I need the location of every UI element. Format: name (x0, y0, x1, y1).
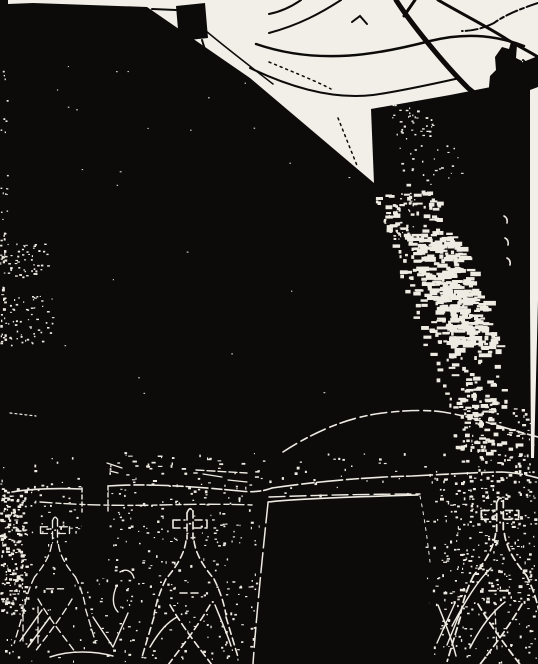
right-ornament-field (468, 655, 471, 656)
lit-window-bright (497, 345, 505, 347)
lit-window-band (459, 406, 463, 408)
right-ornament-field (493, 637, 495, 639)
fence-speckle-field (351, 466, 353, 468)
left-edge-top-flecks (7, 194, 8, 195)
fence-speckle-field (161, 529, 163, 530)
fence-mid-texture (217, 541, 218, 543)
tower-upper-flecks (426, 180, 429, 182)
left-edge-flecks (4, 233, 6, 235)
tower-upper-flecks (441, 167, 444, 169)
fence-speckle-field (230, 612, 232, 615)
right-ornament-field (495, 544, 497, 546)
lit-window-band (491, 384, 497, 387)
lit-window-band (437, 362, 441, 366)
lit-window-bright (476, 308, 480, 312)
fence-lattice-speckle (187, 582, 188, 583)
tower-base-flecks (523, 415, 524, 418)
tower-top-flecks (420, 131, 423, 132)
lit-window-band (425, 216, 427, 218)
tower-base-flecks (497, 462, 501, 464)
fence-speckle-field (523, 525, 526, 527)
right-ornament-field (530, 643, 533, 644)
lit-window-bright (460, 337, 469, 340)
fence-speckle-field (232, 541, 233, 543)
fence-left-dense (4, 490, 6, 493)
left-windows-lower (27, 309, 29, 311)
fence-speckle-field (328, 454, 330, 456)
fence-mid-texture (115, 544, 117, 546)
facade-dust (324, 392, 326, 393)
lit-window-bright (456, 270, 464, 272)
lit-window-bright (491, 332, 497, 336)
lit-window-bright (496, 349, 502, 354)
lit-window-band (404, 271, 412, 274)
tower-upper-flecks (447, 145, 449, 147)
fence-lattice-speckle (94, 632, 96, 633)
tower-base-flecks (491, 443, 495, 446)
lit-window-band (433, 208, 440, 211)
fence-speckle-field (129, 604, 130, 606)
fence-left-dense (7, 514, 10, 516)
tower-upper-flecks (439, 168, 441, 169)
right-ornament-field (509, 575, 511, 576)
right-ornament-field (506, 523, 508, 524)
fence-mid-texture (128, 513, 130, 514)
fence-speckle-field (44, 590, 46, 593)
above-wall-dashes (158, 456, 163, 458)
left-windows-upper (15, 263, 18, 264)
tower-top-flecks (432, 124, 434, 125)
fence-speckle-field (234, 473, 235, 474)
fence-left-dense (25, 573, 27, 576)
fence-left-dense (19, 541, 21, 542)
fence-speckle-field (206, 614, 208, 615)
fence-speckle-field (475, 511, 477, 513)
left-windows-lower (46, 322, 48, 324)
fence-speckle-field (199, 455, 201, 458)
above-wall-dashes (133, 461, 137, 463)
lit-window-band (465, 422, 471, 424)
lit-window-band (449, 404, 451, 408)
fence-left-dense (2, 544, 4, 546)
fence-mid-texture (134, 492, 136, 493)
fence-left-dense (25, 533, 27, 535)
tower-base-flecks (467, 410, 470, 412)
fence-mid-texture (230, 503, 232, 505)
wedge-tip-flecks (384, 220, 386, 222)
right-ornament-field (457, 533, 458, 534)
above-wall-dashes (135, 465, 138, 467)
fence-left-dense (4, 510, 5, 512)
fence-left-dense (3, 599, 4, 602)
left-windows-upper (46, 254, 48, 255)
fence-left-dense (6, 547, 8, 550)
fence-mid-texture (212, 519, 215, 520)
lit-window-band (399, 208, 401, 212)
fence-left-dense (7, 492, 10, 494)
right-ornament-field (488, 536, 490, 537)
fence-lattice-speckle (132, 639, 135, 641)
lit-window-band (403, 259, 407, 263)
fence-mid-texture (118, 512, 120, 513)
fence-speckle-field (220, 512, 221, 515)
tower-base-flecks (478, 466, 480, 467)
fence-left-dense (5, 527, 6, 528)
lit-window-band (413, 203, 418, 206)
lit-window-bright (484, 343, 488, 345)
tower-base-flecks (498, 402, 499, 404)
fence-right-dense (509, 474, 513, 477)
facade-dust (65, 345, 67, 346)
right-ornament-field (528, 625, 530, 626)
fence-left-dense (3, 564, 4, 567)
fence-right-dense (514, 514, 517, 516)
lit-window-band (450, 398, 452, 401)
fence-left-dense (25, 566, 29, 568)
fence-right-dense (456, 516, 459, 518)
fence-left-dense (18, 530, 22, 531)
lit-window-band (464, 370, 468, 373)
left-windows-upper (26, 275, 29, 276)
fence-lattice-speckle (182, 658, 184, 660)
left-edge-flecks (3, 308, 6, 311)
left-windows-lower (31, 342, 32, 344)
lit-window-band (477, 387, 483, 390)
fence-right-dense (461, 572, 464, 573)
fence-speckle-field (220, 525, 223, 526)
fence-right-dense (469, 476, 472, 479)
fence-left-dense (10, 585, 11, 586)
lit-window-band (393, 244, 401, 247)
tower-base-flecks (522, 409, 525, 412)
fence-mid-texture (44, 506, 46, 507)
wedge-tip-flecks (409, 210, 410, 212)
fence-lattice-speckle (172, 562, 175, 564)
left-windows-lower (33, 333, 35, 335)
lit-window-band (494, 433, 499, 437)
fence-mid-texture (189, 523, 191, 525)
fence-left-dense (23, 500, 26, 502)
facade-dust (117, 185, 119, 186)
right-ornament-field (499, 522, 501, 524)
fence-right-dense (454, 511, 457, 513)
fence-speckle-field (50, 609, 51, 610)
fence-right-dense (433, 590, 435, 593)
fence-speckle-field (73, 661, 74, 663)
left-windows-upper (16, 243, 17, 245)
lit-window-band (466, 378, 472, 381)
fence-mid-texture (79, 486, 82, 487)
right-ornament-field (443, 646, 444, 647)
fence-left-dense (13, 600, 14, 601)
facade-dust (286, 93, 287, 94)
fence-right-dense (435, 501, 438, 503)
lit-window-bright (449, 282, 456, 284)
fence-speckle-field (345, 469, 346, 471)
fence-speckle-field (32, 608, 34, 610)
fence-right-dense (527, 559, 531, 561)
right-ornament-field (455, 580, 457, 582)
right-ornament-field (466, 558, 468, 559)
fence-speckle-field (37, 635, 40, 637)
lit-window-bright (451, 345, 457, 349)
lit-window-bright (481, 326, 488, 330)
lit-window-band (414, 194, 422, 197)
lit-window-bright (444, 296, 448, 299)
fence-mid-texture (233, 536, 235, 537)
tower-top-flecks (415, 116, 416, 118)
fence-mid-texture (204, 545, 206, 546)
fence-right-dense (484, 488, 487, 489)
lit-window-band (417, 311, 420, 315)
fence-right-dense (436, 586, 439, 587)
fence-right-dense (437, 519, 438, 521)
tower-upper-flecks (451, 173, 452, 174)
left-edge-flecks (4, 238, 6, 240)
fence-mid-texture (170, 541, 173, 542)
fence-mid-texture (54, 530, 56, 531)
facade-dust (231, 353, 233, 354)
fence-speckle-field (77, 478, 80, 480)
lit-window-band (467, 395, 470, 398)
wedge-tip-flecks (409, 202, 412, 204)
left-windows-upper (8, 263, 11, 264)
facade-dust (144, 393, 146, 394)
right-ornament-field (456, 645, 458, 647)
left-windows-lower (38, 329, 40, 331)
fence-left-dense (8, 517, 10, 520)
right-ornament-field (534, 512, 535, 514)
fence-lattice-speckle (207, 625, 209, 626)
lit-window-band (485, 395, 490, 398)
right-ornament-field (502, 646, 503, 648)
fence-mid-texture (113, 519, 115, 520)
right-ornament-field (530, 630, 533, 632)
fence-right-dense (520, 493, 522, 496)
tower-base-flecks (532, 411, 534, 412)
fence-speckle-field (115, 566, 118, 568)
left-edge-top-flecks (4, 75, 5, 77)
fence-speckle-field (170, 597, 172, 599)
lit-window-band (478, 351, 482, 353)
tower-top-flecks (414, 134, 416, 136)
tower-top-flecks (400, 121, 403, 123)
fence-speckle-field (468, 524, 469, 526)
fence-speckle-field (462, 504, 465, 505)
left-edge-top-flecks (5, 132, 6, 134)
fence-lattice-speckle (251, 586, 253, 588)
fence-lattice-speckle (181, 657, 183, 658)
fence-speckle-field (509, 516, 511, 518)
tower-base-flecks (492, 440, 495, 443)
fence-left-dense (2, 498, 3, 501)
right-ornament-field (487, 650, 488, 651)
right-ornament-field (519, 623, 520, 624)
fence-right-dense (443, 489, 445, 491)
lit-window-bright (436, 247, 445, 250)
fence-lattice-speckle (207, 637, 208, 639)
right-ornament-field (496, 540, 499, 541)
left-windows-lower (17, 338, 18, 339)
tower-top-flecks (393, 105, 395, 106)
lit-window-band (400, 275, 404, 279)
fence-speckle-field (81, 582, 84, 584)
fence-right-dense (509, 496, 511, 498)
fence-right-dense (461, 482, 464, 485)
fence-lattice-speckle (153, 594, 156, 595)
fence-right-dense (515, 542, 517, 545)
fence-left-dense (21, 562, 23, 564)
fence-speckle-field (158, 605, 160, 608)
lit-window-bright (485, 336, 489, 340)
fence-right-dense (471, 495, 473, 497)
tower-upper-flecks (433, 174, 434, 176)
lit-window-band (483, 441, 488, 444)
lit-window-band (461, 388, 465, 391)
fence-mid-texture (242, 495, 243, 497)
left-edge-flecks (0, 262, 1, 265)
fence-speckle-field (184, 473, 187, 475)
left-edge-top-flecks (1, 188, 3, 189)
fence-left-dense (17, 500, 20, 502)
tower-upper-flecks (422, 161, 423, 163)
tower-base-flecks (529, 439, 530, 441)
left-windows-upper (34, 268, 36, 270)
fence-right-dense (506, 494, 508, 496)
lit-window-bright (430, 283, 440, 285)
fence-speckle-field (215, 539, 218, 540)
fence-mid-texture (46, 528, 49, 530)
right-ornament-field (527, 517, 529, 518)
fence-speckle-field (133, 482, 136, 484)
fence-left-dense (19, 578, 22, 581)
left-windows-lower (41, 300, 43, 301)
left-windows-lower (25, 340, 26, 342)
lit-window-bright (483, 323, 494, 325)
left-windows-upper (18, 267, 20, 269)
fence-speckle-field (48, 651, 50, 653)
fence-speckle-field (7, 509, 8, 511)
fence-right-dense (491, 585, 494, 588)
fence-left-dense (8, 539, 11, 540)
left-windows-lower (21, 336, 23, 338)
lit-window-bright (455, 329, 466, 331)
tower-base-flecks (516, 435, 520, 437)
lit-window-band (411, 255, 414, 259)
lit-window-band (415, 289, 423, 291)
fence-speckle-field (379, 458, 382, 460)
fence-speckle-field (433, 547, 436, 550)
lit-window-bright (436, 250, 448, 252)
fence-speckle-field (507, 631, 509, 633)
left-windows-upper (31, 259, 33, 261)
above-wall-dashes (263, 460, 266, 461)
fence-speckle-field (172, 463, 173, 466)
fence-right-dense (476, 565, 478, 566)
lit-window-band (400, 255, 402, 258)
fence-speckle-field (215, 570, 217, 572)
right-ornament-field (512, 521, 515, 523)
fence-mid-texture (206, 539, 208, 541)
right-ornament-field (496, 560, 498, 561)
left-edge-top-flecks (6, 120, 8, 122)
left-windows-lower (34, 307, 36, 308)
fence-speckle-field (227, 558, 228, 560)
lit-window-band (416, 212, 419, 216)
left-windows-upper (15, 260, 18, 261)
lit-window-bright (453, 314, 458, 316)
facade-dust (68, 107, 70, 108)
fence-speckle-field (120, 623, 123, 624)
fence-mid-texture (146, 528, 147, 529)
fence-mid-texture (222, 513, 225, 515)
fence-speckle-field (125, 661, 126, 662)
fence-speckle-field (78, 528, 80, 529)
above-wall-dashes (117, 462, 120, 463)
right-ornament-field (529, 495, 530, 496)
left-windows-lower (37, 296, 39, 298)
fence-speckle-field (444, 609, 447, 610)
fence-speckle-field (167, 584, 169, 586)
fence-lattice-speckle (143, 560, 146, 561)
fence-right-dense (446, 560, 449, 561)
right-ornament-field (456, 540, 457, 542)
lit-window-band (424, 214, 431, 218)
wedge-tip-flecks (410, 193, 412, 195)
right-ornament-field (475, 648, 476, 649)
lit-window-band (446, 233, 453, 235)
right-ornament-field (440, 628, 442, 629)
fence-lattice-speckle (149, 568, 151, 569)
fence-right-dense (434, 478, 435, 480)
right-ornament-field (453, 504, 456, 505)
lit-window-band (475, 381, 478, 383)
fence-mid-texture (47, 486, 49, 488)
lit-window-band (502, 389, 508, 392)
fence-speckle-field (232, 618, 234, 620)
left-edge-top-flecks (7, 211, 9, 212)
right-ornament-field (442, 560, 444, 561)
fence-lattice-speckle (185, 612, 188, 614)
fence-speckle-field (455, 482, 458, 485)
tower-base-flecks (524, 456, 525, 457)
fence-right-dense (534, 498, 536, 499)
fence-mid-texture (223, 492, 225, 494)
fence-speckle-field (206, 592, 208, 594)
lit-window-bright (430, 288, 443, 291)
fence-speckle-field (523, 545, 524, 547)
left-edge-flecks (1, 259, 3, 260)
right-ornament-field (441, 625, 443, 626)
lit-window-band (495, 365, 501, 369)
fence-speckle-field (533, 616, 536, 618)
right-ornament-field (451, 602, 453, 604)
fence-speckle-field (91, 613, 92, 614)
fence-speckle-field (48, 544, 49, 547)
left-edge-flecks (4, 253, 5, 256)
left-windows-upper (24, 245, 25, 247)
fence-right-dense (478, 557, 480, 558)
left-windows-lower (29, 326, 32, 327)
left-windows-upper (15, 275, 18, 276)
left-windows-lower (10, 337, 12, 339)
fence-speckle-field (194, 491, 197, 493)
fence-left-dense (0, 519, 3, 521)
tower-top-flecks (406, 110, 409, 111)
fence-speckle-field (241, 624, 244, 625)
lit-window-bright (443, 285, 455, 287)
lit-window-band (387, 225, 393, 228)
